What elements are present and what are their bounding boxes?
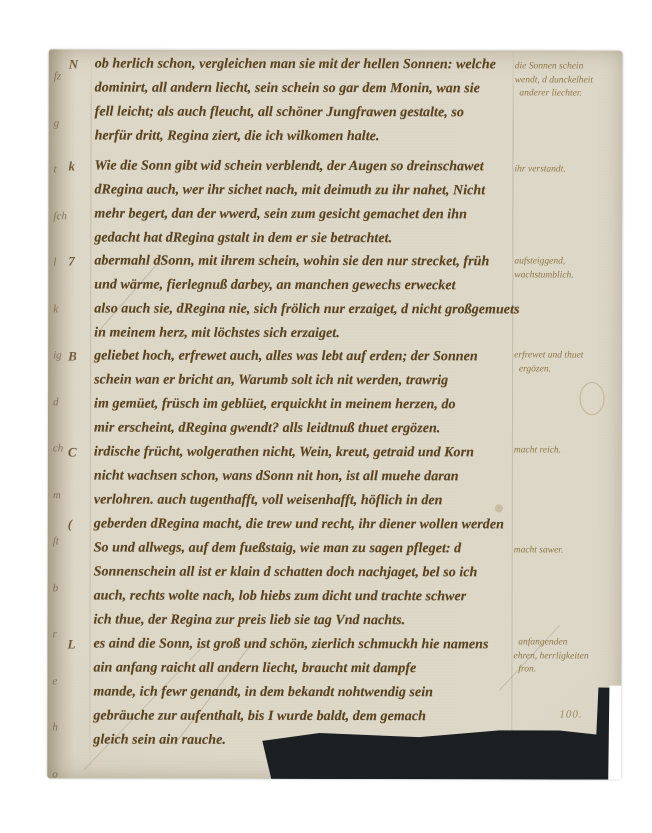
margin-note: macht reich. [514, 444, 561, 458]
stanza-text: irdische frücht, wolgerathen nicht, Wein… [94, 440, 504, 537]
stanza-text: ob herlich schon, vergleichen man sie mi… [95, 52, 496, 149]
gutter-letter-fragments: ſz g t ſch l k ig d ch m ſt b r e h o [52, 53, 67, 797]
margin-note: die Sonnen schein wendt, d dunckelheit a… [515, 60, 593, 101]
paragraph-mark: ( [68, 512, 72, 536]
paragraph-mark: N [69, 52, 78, 76]
paragraph-mark: L [67, 632, 75, 656]
stanza-text: Wie die Sonn gibt wid schein verblendt, … [94, 154, 485, 251]
stanza-text: So und allwegs, auf dem fueßstaig, wie m… [94, 536, 478, 633]
margin-note: aufsteiggend, wachstumblich. [514, 255, 573, 282]
stanza-text: abermahl dSonn, mit ihrem schein, wohin … [94, 249, 520, 346]
paragraph-mark: k [68, 154, 75, 178]
paragraph-mark: B [68, 344, 77, 368]
stanza-text: es aind die Sonn, ist groß und schön, zi… [93, 632, 488, 753]
margin-note: ihr verstandt. [514, 163, 565, 177]
manuscript-page: ſz g t ſch l k ig d ch m ſt b r e h o N … [47, 49, 623, 779]
margin-note: anfangenden ehren, herrligkeiten fron. [513, 636, 588, 677]
stanza-text: geliebet hoch, erfrewet auch, alles was … [94, 344, 478, 441]
folio-number: 100. [559, 708, 582, 720]
page-edge-white [608, 686, 621, 780]
margin-note: macht sawer. [514, 544, 564, 558]
paragraph-mark: C [68, 440, 77, 464]
stain-mark [580, 383, 604, 415]
margin-note: erfrewet und thuet ergözen. [514, 349, 583, 376]
left-margin-crease [89, 49, 92, 778]
paragraph-mark: 7 [68, 249, 75, 273]
scanned-manuscript-image: ſz g t ſch l k ig d ch m ſt b r e h o N … [0, 0, 652, 833]
